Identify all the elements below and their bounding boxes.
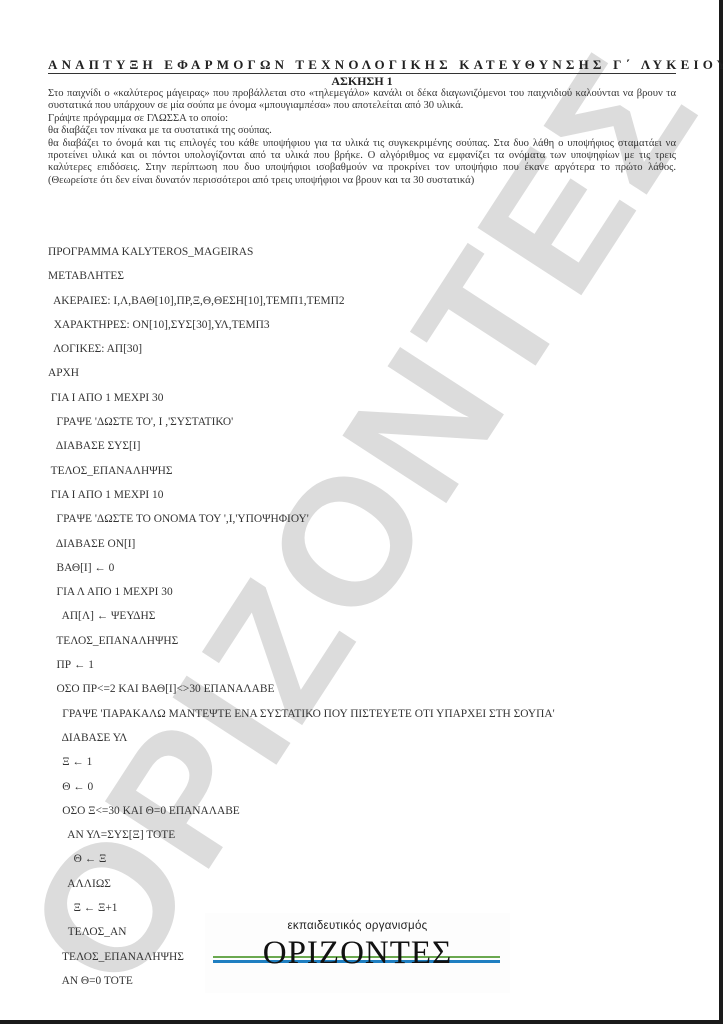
code-line: ΜΕΤΑΒΛΗΤΕΣ	[48, 264, 688, 288]
code-line: ΑΛΛΙΩΣ	[48, 872, 688, 896]
code-line: ΔΙΑΒΑΣΕ ΥΛ	[48, 726, 688, 750]
intro-paragraph: θα διαβάζει τον πίνακα με τα συστατικά τ…	[48, 125, 676, 137]
code-line: ΓΙΑ Λ ΑΠΟ 1 ΜΕΧΡΙ 30	[48, 580, 688, 604]
code-line: ΔΙΑΒΑΣΕ ΟΝ[Ι]	[48, 532, 688, 556]
code-line: ΓΡΑΨΕ 'ΔΩΣΤΕ ΤΟ ΟΝΟΜΑ ΤΟΥ ',Ι,'ΥΠΟΨΗΦΙΟΥ…	[48, 507, 688, 531]
code-line: ΔΙΑΒΑΣΕ ΣΥΣ[Ι]	[48, 434, 688, 458]
code-line: ΓΡΑΨΕ 'ΔΩΣΤΕ ΤΟ', Ι ,'ΣΥΣΤΑΤΙΚΟ'	[48, 410, 688, 434]
code-line: ΟΣΟ Ξ<=30 ΚΑΙ Θ=0 ΕΠΑΝΑΛΑΒΕ	[48, 799, 688, 823]
logo-subtitle: εκπαιδευτικός οργανισμός	[205, 920, 510, 932]
code-line: ΒΑΘ[Ι] ← 0	[48, 556, 688, 580]
intro-paragraph: Γράψτε πρόγραμμα σε ΓΛΩΣΣΑ το οποίο:	[48, 113, 676, 125]
code-line: ΟΣΟ ΠΡ<=2 ΚΑΙ ΒΑΘ[Ι]<>30 ΕΠΑΝΑΛΑΒΕ	[48, 677, 688, 701]
code-line: Θ ← 0	[48, 775, 688, 799]
code-line: Ξ ← 1	[48, 750, 688, 774]
intro-paragraph: Στο παιχνίδι ο «καλύτερος μάγειρας» που …	[48, 88, 676, 113]
code-line: ΑΝ ΥΛ=ΣΥΣ[Ξ] ΤΟΤΕ	[48, 823, 688, 847]
document-header-title: ΑΝΑΠΤΥΞΗ ΕΦΑΡΜΟΓΩΝ ΤΕΧΝΟΛΟΓΙΚΗΣ ΚΑΤΕΥΘΥΝ…	[48, 57, 676, 73]
code-line: ΓΡΑΨΕ 'ΠΑΡΑΚΑΛΩ ΜΑΝΤΕΨΤΕ ΕΝΑ ΣΥΣΤΑΤΙΚΟ Π…	[48, 702, 688, 726]
code-line: ΑΚΕΡΑΙΕΣ: Ι,Λ,ΒΑΘ[10],ΠΡ,Ξ,Θ,ΘΕΣΗ[10],ΤΕ…	[48, 289, 688, 313]
code-line: ΓΙΑ Ι ΑΠΟ 1 ΜΕΧΡΙ 10	[48, 483, 688, 507]
code-line: ΧΑΡΑΚΤΗΡΕΣ: ΟΝ[10],ΣΥΣ[30],ΥΛ,ΤΕΜΠ3	[48, 313, 688, 337]
exercise-description: Στο παιχνίδι ο «καλύτερος μάγειρας» που …	[48, 88, 676, 187]
intro-paragraph: θα διαβάζει το όνομά και τις επιλογές το…	[48, 138, 676, 188]
code-line: ΑΠ[Λ] ← ΨΕΥΔΗΣ	[48, 604, 688, 628]
code-line: ΛΟΓΙΚΕΣ: ΑΠ[30]	[48, 337, 688, 361]
code-line: ΠΡΟΓΡΑΜΜΑ KALYTEROS_MAGEIRAS	[48, 240, 688, 264]
logo-name: ΟΡΙΖΟΝΤΕΣ	[205, 935, 510, 971]
code-line: ΓΙΑ Ι ΑΠΟ 1 ΜΕΧΡΙ 30	[48, 386, 688, 410]
code-line: ΠΡ ← 1	[48, 653, 688, 677]
code-line: ΑΡΧΗ	[48, 361, 688, 385]
exercise-title: ΑΣΚΗΣΗ 1	[48, 74, 676, 89]
pseudocode-listing: ΠΡΟΓΡΑΜΜΑ KALYTEROS_MAGEIRASΜΕΤΑΒΛΗΤΕΣ Α…	[48, 240, 688, 993]
code-line: Θ ← Ξ	[48, 847, 688, 871]
organization-logo: εκπαιδευτικός οργανισμός ΟΡΙΖΟΝΤΕΣ	[205, 913, 510, 993]
code-line: ΤΕΛΟΣ_ΕΠΑΝΑΛΗΨΗΣ	[48, 629, 688, 653]
code-line: ΤΕΛΟΣ_ΕΠΑΝΑΛΗΨΗΣ	[48, 459, 688, 483]
